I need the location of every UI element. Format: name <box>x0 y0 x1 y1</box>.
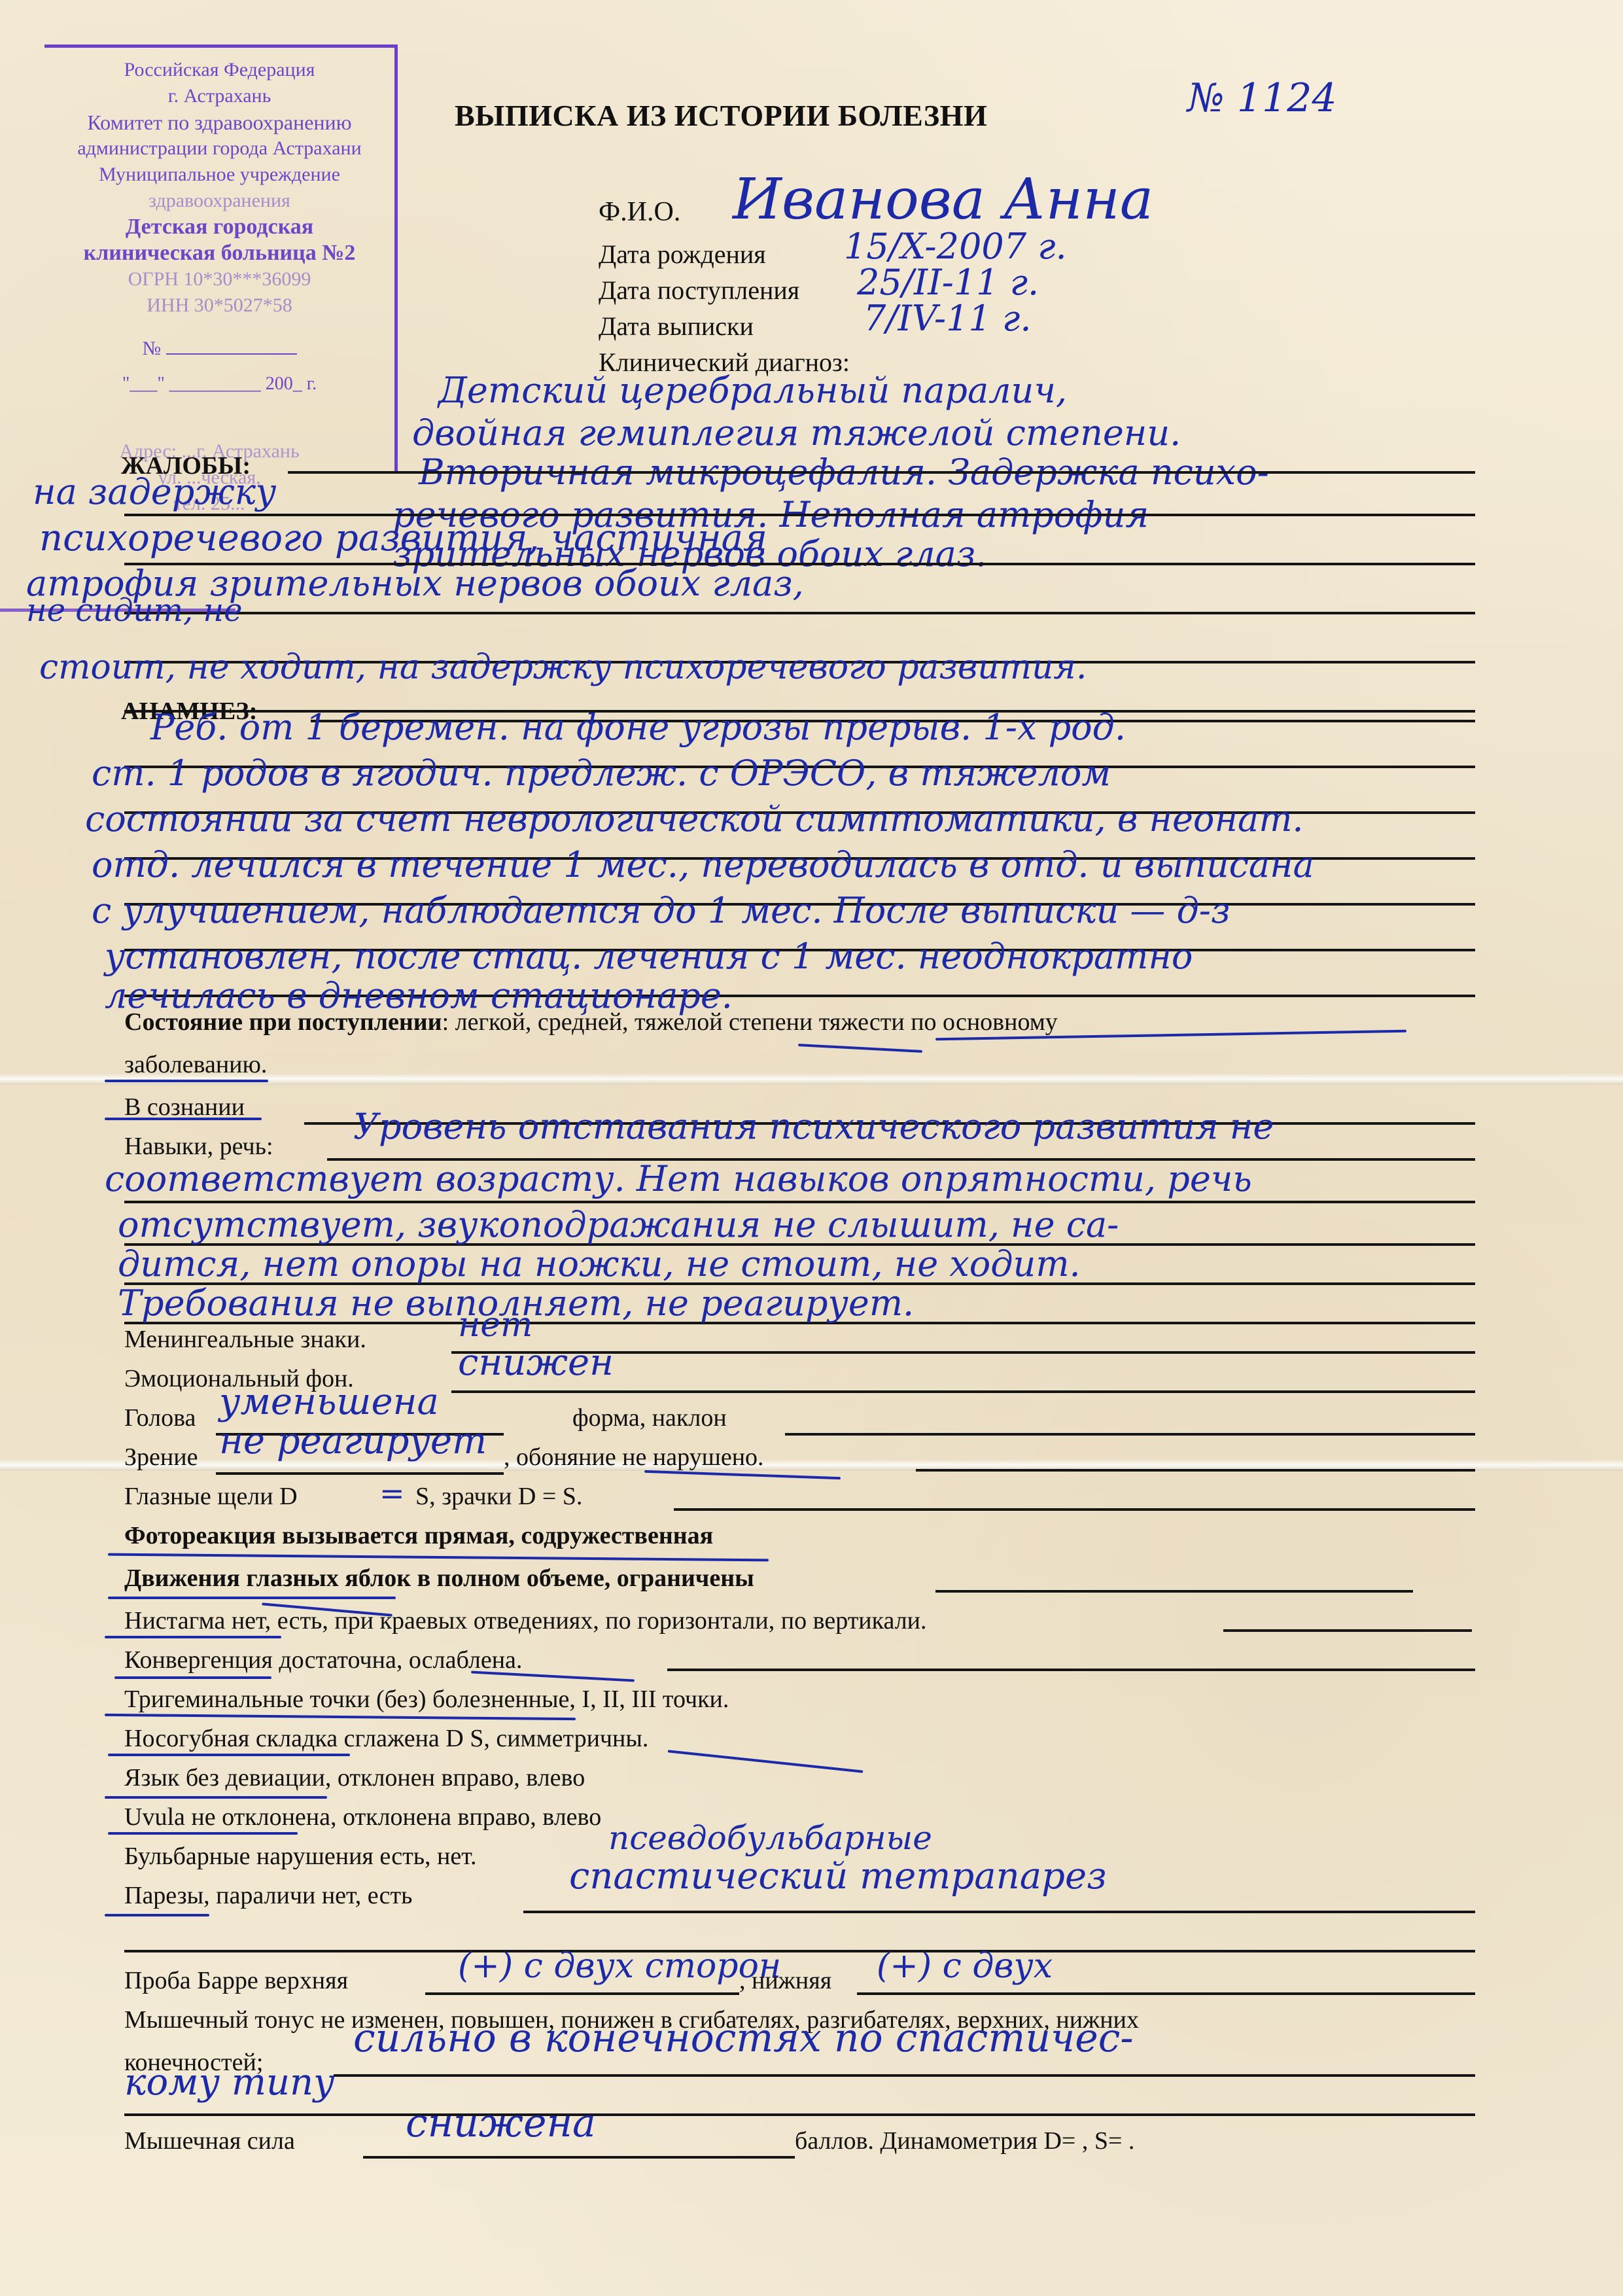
muscle-tone-value: сильно в конечностях по спастичес- <box>353 2015 1134 2061</box>
handwritten-underline <box>798 1044 922 1053</box>
uvula-line: Uvula не отклонена, отклонена вправо, вл… <box>124 1803 601 1831</box>
tongue-line: Язык без девиации, отклонен вправо, влев… <box>124 1763 585 1792</box>
document-title: ВЫПИСКА ИЗ ИСТОРИИ БОЛЕЗНИ <box>455 98 987 133</box>
complaints-line: не сидит, не <box>26 592 242 629</box>
form-rule <box>425 1992 739 1995</box>
anamnesis-line: отд. лечился в течение 1 мес., переводил… <box>92 844 1314 885</box>
paresis-label: Парезы, параличи нет, есть <box>124 1881 412 1910</box>
admission-date-label: Дата поступления <box>599 275 799 306</box>
complaints-line: на задержку <box>33 471 276 512</box>
form-rule <box>674 1508 1475 1511</box>
discharge-date-label: Дата выписки <box>599 311 754 342</box>
head-suffix: форма, наклон <box>572 1404 727 1432</box>
handwritten-underline <box>108 1832 298 1835</box>
head-label: Голова <box>124 1404 196 1432</box>
anamnesis-line: Реб. от 1 беремен. на фоне угрозы прерыв… <box>150 707 1126 748</box>
skills-line: дится, нет опоры на ножки, не стоит, не … <box>118 1243 1081 1284</box>
handwritten-underline <box>108 1597 396 1599</box>
form-rule <box>667 1669 1475 1671</box>
meningeal-signs-label: Менингеальные знаки. <box>124 1325 366 1354</box>
skills-label: Навыки, речь: <box>124 1132 273 1161</box>
stamp-date-template: "___" __________ 200_ г. <box>44 371 394 397</box>
handwritten-underline <box>108 1754 350 1756</box>
bulbar-note: псевдобульбарные <box>608 1819 932 1857</box>
convergence-line: Конвергенция достаточна, ослаблена. <box>124 1646 522 1674</box>
nystagmus-line: Нистагма нет, есть, при краевых отведени… <box>124 1606 927 1635</box>
handwritten-underline <box>105 1636 281 1638</box>
stamp-line: Комитет по здравоохранению <box>44 109 394 135</box>
form-rule <box>785 1433 1475 1436</box>
handwritten-underline <box>105 1118 262 1120</box>
handwritten-underline <box>471 1670 635 1682</box>
eye-movement-line: Движения глазных яблок в полном объеме, … <box>124 1564 754 1593</box>
form-rule <box>451 1390 1475 1393</box>
skills-line: соответствует возрасту. Нет навыков опря… <box>105 1158 1252 1199</box>
barre-label: Проба Барре верхняя <box>124 1966 348 1995</box>
stamp-number-line <box>166 353 297 355</box>
form-rule <box>363 2156 795 2159</box>
stamp-line: г. Астрахань <box>44 83 394 109</box>
registration-number: № 1124 <box>1187 75 1337 121</box>
stamp-number-field: № <box>44 336 394 362</box>
head-value: уменьшена <box>219 1381 439 1423</box>
form-rule <box>124 2113 1475 2116</box>
anamnesis-line: с улучшением, наблюдается до 1 мес. Посл… <box>92 890 1230 931</box>
bulbar-line: Бульбарные нарушения есть, нет. <box>124 1842 476 1871</box>
stamp-line: Детская городская <box>44 214 394 240</box>
stamp-line: клиническая больница №2 <box>44 240 394 266</box>
barre-lower-label: , нижняя <box>739 1966 831 1995</box>
institution-stamp: Российская Федерация г. Астрахань Комите… <box>44 44 398 473</box>
barre-upper-value: (+) с двух сторон <box>458 1947 781 1986</box>
admission-date-value: 25/II-11 г. <box>857 262 1039 303</box>
fio-value: Иванова Анна <box>733 167 1153 232</box>
anamnesis-line: состоянии за счет неврологической симпто… <box>85 798 1304 839</box>
stamp-number-label: № <box>142 338 161 359</box>
stamp-line: Муниципальное учреждение <box>44 162 394 188</box>
muscle-tone-value: кому типу <box>124 2061 335 2104</box>
form-rule <box>857 1992 1475 1995</box>
condition-line: Состояние при поступлении: легкой, средн… <box>124 1008 1058 1036</box>
diagnosis-line: двойная гемиплегия тяжелой степени. <box>412 412 1181 453</box>
form-rule <box>935 1590 1413 1593</box>
muscle-strength-value: снижена <box>406 2100 596 2146</box>
barre-lower-value: (+) с двух <box>877 1947 1053 1986</box>
photoreaction-line: Фотореакция вызывается прямая, содружест… <box>124 1521 713 1550</box>
handwritten-underline <box>105 1796 327 1799</box>
handwritten-underline <box>114 1676 271 1679</box>
meningeal-signs-value: нет <box>458 1305 532 1345</box>
vision-value: не реагирует <box>219 1420 487 1462</box>
discharge-date-value: 7/IV-11 г. <box>864 298 1032 339</box>
condition-options: легкой, средней, тяжелой степени тяжести… <box>455 1008 1058 1036</box>
stamp-line: ИНН 30*5027*58 <box>44 292 394 319</box>
form-rule <box>288 471 1475 474</box>
trigeminal-line: Тригеминальные точки (без) болезненные, … <box>124 1685 729 1714</box>
stamp-line: администрации города Астрахани <box>44 135 394 162</box>
handwritten-underline <box>105 1080 268 1082</box>
vision-label: Зрение <box>124 1443 198 1472</box>
stamp-line: Российская Федерация <box>44 57 394 83</box>
handwritten-underline <box>105 1714 576 1720</box>
form-rule <box>216 1472 504 1475</box>
form-rule <box>916 1469 1475 1472</box>
emotional-background-value: снижен <box>458 1341 614 1384</box>
complaints-line: психоречевого развития, частичная <box>39 517 767 559</box>
birth-date-label: Дата рождения <box>599 239 766 270</box>
handwritten-underline <box>668 1750 864 1773</box>
vision-suffix: , обоняние не нарушено. <box>504 1443 764 1472</box>
diagnosis-line: Детский церебральный паралич, <box>438 370 1067 411</box>
eye-slits-label: Глазные щели D <box>124 1482 298 1511</box>
skills-line: Уровень отставания психического развития… <box>353 1106 1274 1147</box>
stamp-line: здравоохранения <box>44 188 394 214</box>
skills-line: отсутствует, звукоподражания не слышит, … <box>118 1204 1119 1245</box>
form-rule <box>1223 1629 1472 1632</box>
form-rule <box>124 1201 1475 1203</box>
form-rule <box>124 612 1475 614</box>
muscle-strength-suffix: баллов. Динамометрия D= , S= . <box>795 2127 1134 2155</box>
form-rule <box>124 1950 1475 1952</box>
form-rule <box>334 2074 1475 2077</box>
nasolabial-line: Носогубная складка сглажена D S, симметр… <box>124 1724 648 1753</box>
form-rule <box>523 1911 1475 1913</box>
condition-continuation: заболеванию. <box>124 1050 267 1079</box>
birth-date-value: 15/X-2007 г. <box>844 226 1067 267</box>
paresis-value: спастический тетрапарез <box>569 1855 1107 1898</box>
muscle-strength-label: Мышечная сила <box>124 2127 295 2155</box>
handwritten-underline <box>105 1914 209 1916</box>
stamp-line: ОГРН 10*30***36099 <box>44 266 394 292</box>
anamnesis-line: ст. 1 родов в ягодич. предлеж. с ОРЭСО, … <box>92 752 1111 794</box>
colon: : <box>442 1008 455 1036</box>
eye-slits-suffix: S, зрачки D = S. <box>415 1482 582 1511</box>
eye-slits-value: = <box>379 1475 405 1511</box>
handwritten-underline <box>108 1553 769 1562</box>
anamnesis-line: установлен, после стац. лечения с 1 мес.… <box>105 936 1193 977</box>
condition-label: Состояние при поступлении <box>124 1008 442 1036</box>
complaints-line: стоит, не ходит, на задержку психоречево… <box>39 648 1087 687</box>
form-rule <box>124 514 1475 516</box>
fio-label: Ф.И.О. <box>599 196 680 228</box>
